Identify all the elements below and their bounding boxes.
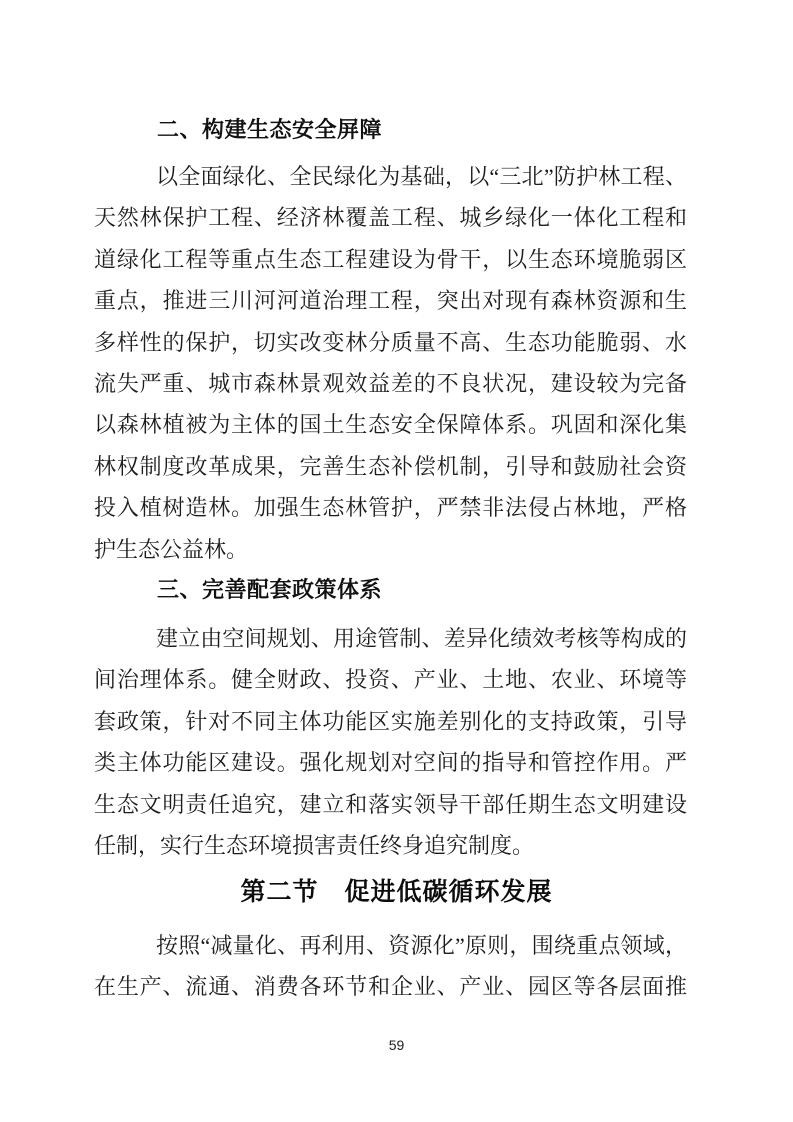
paragraph-line: 林权制度改革成果，完善生态补偿机制，引导和鼓励社会资本 [94,446,687,487]
paragraph-line: 多样性的保护，切实改变林分质量不高、生态功能脆弱、水土 [94,322,687,363]
paragraph-line: 道绿化工程等重点生态工程建设为骨干，以生态环境脆弱区为 [94,239,687,280]
document-page: 二、构建生态安全屏障 以全面绿化、全民绿化为基础，以“三北”防护林工程、 天然林… [0,0,793,1122]
paragraph-policy-system: 建立由空间规划、用途管制、差异化绩效考核等构成的空 间治理体系。健全财政、投资、… [94,618,687,866]
paragraph-line: 任制，实行生态环境损害责任终身追究制度。 [94,825,687,866]
paragraph-line: 类主体功能区建设。强化规划对空间的指导和管控作用。严格 [94,742,687,783]
paragraph-line: 间治理体系。健全财政、投资、产业、土地、农业、环境等配 [94,659,687,700]
paragraph-line: 按照“减量化、再利用、资源化”原则，围绕重点领域， [94,925,687,966]
section-title-text: 促进低碳循环发展 [345,877,553,909]
paragraph-line: 流失严重、城市森林景观效益差的不良状况，建设较为完备的 [94,363,687,404]
section-number-label: 第二节 [240,877,318,909]
section-title: 第二节 促进低碳循环发展 [0,877,793,909]
page-number: 59 [0,1037,793,1053]
paragraph-line: 套政策，针对不同主体功能区实施差别化的支持政策，引导各 [94,701,687,742]
paragraph-line: 在生产、流通、消费各环节和企业、产业、园区等各层面推行 [94,966,687,1007]
paragraph-line: 建立由空间规划、用途管制、差异化绩效考核等构成的空 [94,618,687,659]
paragraph-ecological-barrier: 以全面绿化、全民绿化为基础，以“三北”防护林工程、 天然林保护工程、经济林覆盖工… [94,156,687,570]
subsection-heading-2: 二、构建生态安全屏障 [157,115,382,145]
paragraph-line: 以森林植被为主体的国土生态安全保障体系。巩固和深化集体 [94,404,687,445]
paragraph-line: 重点，推进三川河河道治理工程，突出对现有森林资源和生物 [94,280,687,321]
paragraph-line: 以全面绿化、全民绿化为基础，以“三北”防护林工程、 [94,156,687,197]
subsection-heading-3: 三、完善配套政策体系 [157,575,382,605]
paragraph-low-carbon-intro: 按照“减量化、再利用、资源化”原则，围绕重点领域， 在生产、流通、消费各环节和企… [94,925,687,1008]
paragraph-line: 生态文明责任追究，建立和落实领导干部任期生态文明建设责 [94,784,687,825]
paragraph-line: 天然林保护工程、经济林覆盖工程、城乡绿化一体化工程和通 [94,197,687,238]
paragraph-line: 投入植树造林。加强生态林管护，严禁非法侵占林地，严格保 [94,487,687,528]
paragraph-line: 护生态公益林。 [94,529,687,570]
